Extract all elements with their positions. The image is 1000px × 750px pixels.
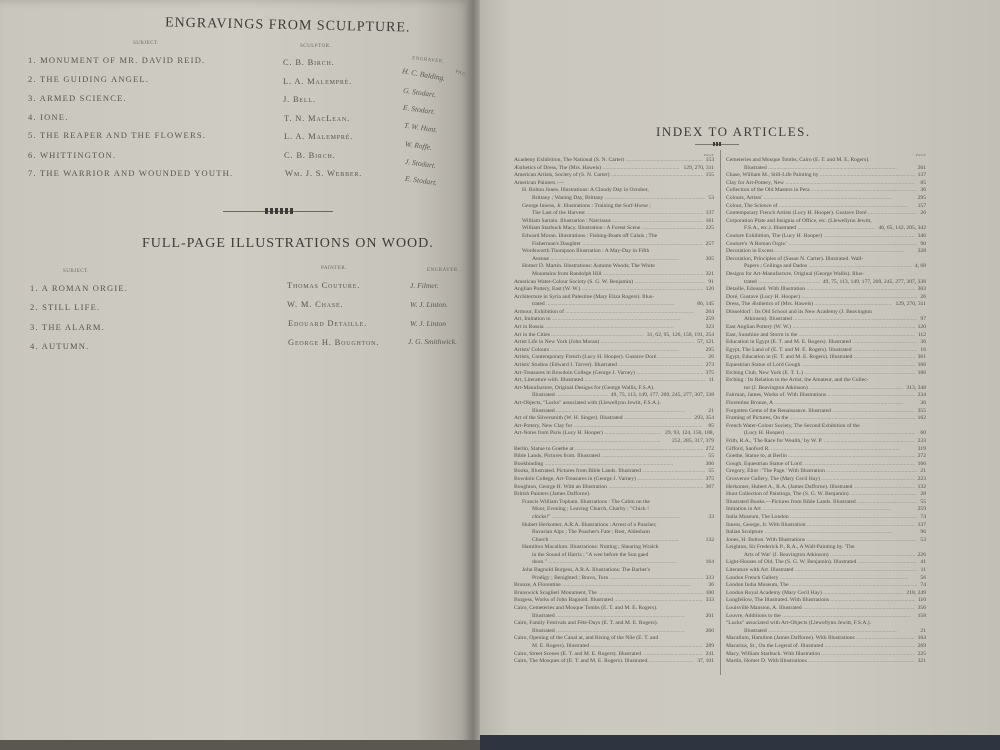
sculpture-row-subject: 1. MONUMENT OF MR. DAVID REID. xyxy=(28,55,205,65)
index-entry: Dress, The Æsthetics of (Mrs. Haweis)129… xyxy=(726,301,926,309)
sculpture-row-engraver: W. Roffe. xyxy=(405,139,433,152)
index-entry-page: 55 xyxy=(705,453,714,461)
index-entry-page: 55 xyxy=(917,499,926,507)
index-entry-page xyxy=(711,506,714,514)
index-entry: Art-Manufacture, Original Designs for (G… xyxy=(514,385,714,393)
index-entry-title: Avenue xyxy=(532,256,679,264)
index-entry: tor (J. Beavington Atkinson)313, 348 xyxy=(726,385,926,393)
sculpture-row-engraver: J. Stodart. xyxy=(405,157,437,170)
index-entry-title: F.S.A., etc.). Illustrated xyxy=(744,225,875,233)
index-entry-page: 36 xyxy=(917,187,926,195)
index-entry: Egypt, The Land of (E. T. and M. E. Roge… xyxy=(726,347,926,355)
index-entry: Herkomer, Hubert A., R.A. (James Dafforn… xyxy=(726,484,926,492)
index-entry: Couture Exhibition, The (Lucy H. Hooper)… xyxy=(726,233,926,241)
index-entry-page: 55 xyxy=(705,468,714,476)
index-entry-title: Art-Notes from Paris (Lucy H. Hooper) xyxy=(514,430,662,438)
index-entry: Edward Moran. Illustrations : Fishing-Bo… xyxy=(514,233,714,241)
index-entry-page: 41 xyxy=(917,559,926,567)
index-entry-page: 74 xyxy=(917,582,926,590)
index-entry-title: Berlin, Statue to Goethe at xyxy=(514,446,703,454)
index-entry: Florentine Bronze, A36 xyxy=(726,400,926,408)
index-entry-page xyxy=(923,544,926,552)
index-entry-title: Prodigy ; Benighted ; Bravo, Toro xyxy=(532,575,703,583)
index-entry-title: Cemeteries and Mosque Tombs, Cairo (E. T… xyxy=(726,157,869,165)
index-entry-page: 201 xyxy=(703,613,714,621)
index-entry: Illustrated201 xyxy=(726,165,926,173)
index-entry: Macy, William Starbuck. With Illustratio… xyxy=(726,651,926,659)
index-entry: Academy Exhibition, The National (S. N. … xyxy=(514,157,714,165)
index-entry-title: Art-Pottery, New Clay for xyxy=(514,423,702,431)
index-entry: Æsthetics of Dress, The (Mrs. Haweis)129… xyxy=(514,165,714,173)
index-entry-title: Art-Treasures in Bowdoin College (George… xyxy=(514,370,703,378)
index-entry-title: Florentine Bronze, A xyxy=(726,400,903,408)
index-entry: Berlin, Statue to Goethe at272 xyxy=(514,446,714,454)
subject-header: SUBJECT. xyxy=(133,41,159,46)
index-entry-page xyxy=(923,377,926,385)
index-entry-page: 319 xyxy=(915,446,926,454)
index-entry: Illustrated49, 75, 113, 149, 177, 209, 2… xyxy=(514,392,714,400)
index-entry-title: Illustrated xyxy=(532,613,685,621)
index-entry: The Last of the Harvest137 xyxy=(514,210,714,218)
index-entry-page: 86, 145 xyxy=(694,301,714,309)
index-entry: Art-Notes from Paris (Lucy H. Hooper)29,… xyxy=(514,430,714,438)
index-entry: French Water-Colour Society, The Second … xyxy=(726,423,926,431)
index-entry-page: 21 xyxy=(705,408,714,416)
sculpture-row-subject: 4. IONE. xyxy=(28,112,69,122)
index-entry: Cairo, Opening of the Canal at, and Risi… xyxy=(514,635,714,643)
index-entry-page xyxy=(923,157,926,165)
index-entry-page: 225 xyxy=(915,651,926,659)
index-entry-page xyxy=(923,620,926,628)
index-entry-page: 85 xyxy=(917,180,926,188)
index-entry-title: Art in Russia xyxy=(514,324,674,332)
index-entry-title: Grosvenor Gallery, The (Mary Cecil Hay) xyxy=(726,476,915,484)
index-entry: Framing of Pictures, On the162 xyxy=(726,415,926,423)
index-entry-title: Fairman, James, Works of. With Illustrat… xyxy=(726,392,915,400)
index-entry-page: 233 xyxy=(915,438,926,446)
index-entry-page: 100 xyxy=(703,590,714,598)
index-entry: Clay for Art-Pottery, New85 xyxy=(726,180,926,188)
index-entry-title: Illustrated xyxy=(532,628,685,636)
index-entry-title: Moor, Evening ; Leaving Church, Charity … xyxy=(532,506,649,514)
index-entry: Burgess, Works of John Bagnold. Illustra… xyxy=(514,597,714,605)
index-entry-page: 46, 65, 142, 205, 342 xyxy=(875,225,926,233)
index-entry: Artists' Studios (Edward J. Tarver). Ill… xyxy=(514,362,714,370)
index-left-column: PAGE Academy Exhibition, The National (S… xyxy=(514,152,714,666)
index-entry-title: Papers ; Ceilings and Dados xyxy=(744,263,912,271)
index-entry: Etching Club, New York (E. T. L.)186 xyxy=(726,370,926,378)
index-entry: Longfellow, The Illustrated. With Illust… xyxy=(726,597,926,605)
index-entry: Cairo, Cemeteries and Mosque Tombs (E. T… xyxy=(514,605,714,613)
index-entry-page: 306 xyxy=(703,461,714,469)
index-entry-title: The Last of the Harvest xyxy=(532,210,703,218)
wood-row-engraver: J. G. Smithwick. xyxy=(408,337,457,346)
index-entry: F.S.A., etc.). Illustrated46, 65, 142, 2… xyxy=(726,225,926,233)
sculpture-row-subject: 5. THE REAPER AND THE FLOWERS. xyxy=(28,130,206,140)
index-entry-title: Couture's 'A Roman Orgie.' xyxy=(726,241,917,249)
index-entry-page: 218, 249 xyxy=(903,590,926,598)
index-entry-title: Gough, Equestrian Statue of Lord xyxy=(726,461,915,469)
index-entry-page: 26 xyxy=(917,294,926,302)
index-entry-page: 226 xyxy=(915,552,926,560)
index-entry-title: Couture Exhibition, The (Lucy H. Hooper) xyxy=(726,233,915,241)
index-entry-title: Bowdoin College, Art-Treasures in (Georg… xyxy=(514,476,703,484)
index-entry: Düsseldorf : Its Old School and its New … xyxy=(726,309,926,317)
left-page: ENGRAVINGS FROM SCULPTURE. SUBJECT. SCUL… xyxy=(0,0,472,750)
index-entry: "Lucks" associated with Art-Objects (Lle… xyxy=(726,620,926,628)
index-entry-page: 56 xyxy=(917,575,926,583)
index-entry: Detaille, Edouard. With Illustration303 xyxy=(726,286,926,294)
index-entry-page xyxy=(711,400,714,408)
index-entry: Illustrated Books.—Pictures from Bible L… xyxy=(726,499,926,507)
index-entry-page: 328 xyxy=(915,248,926,256)
index-entry-title: Imitation in Art xyxy=(726,506,891,514)
index-entry-title: Bookbinding xyxy=(514,461,673,469)
index-entry-title: Francis William Topham. Illustrations : … xyxy=(522,499,650,507)
index-entry: Art-Pottery, New Clay for85 xyxy=(514,423,714,431)
index-entry-title: William Starbuck Macy. Illustration : A … xyxy=(522,225,703,233)
index-entry-title: Cairo, The Mosques of (E. T. and M. E. R… xyxy=(514,658,694,666)
index-entry-title: Artists' Colours xyxy=(514,347,679,355)
index-entry-page: 16 xyxy=(917,347,926,355)
index-entry: Church132 xyxy=(514,537,714,545)
index-entry: Gifford, Sanford R.319 xyxy=(726,446,926,454)
index-entry-title: Düsseldorf : Its Old School and its New … xyxy=(726,309,872,317)
index-entry: Literature with Art. Illustrated11 xyxy=(726,567,926,575)
index-entry-page: 303 xyxy=(915,286,926,294)
index-entry-title: Herkomer, Hubert A., R.A. (James Dafforn… xyxy=(726,484,915,492)
index-entry: Hunt Collection of Paintings, The (S. G.… xyxy=(726,491,926,499)
index-entry-page: 356 xyxy=(915,605,926,613)
index-entry: Collection of the Old Masters in Pera36 xyxy=(726,187,926,195)
index-entry-title: trated xyxy=(532,301,675,309)
sculpture-row-sculptor: C. B. Birch. xyxy=(283,57,335,67)
index-entry: India Museum, The London74 xyxy=(726,514,926,522)
index-entry-page: 31, 62, 95, 126, 158, 191, 254 xyxy=(644,332,714,340)
index-entry-page: 158 xyxy=(915,613,926,621)
index-entry: Art, Imitation in259 xyxy=(514,316,714,324)
index-entry-page: 37, 101 xyxy=(694,658,714,666)
index-entry-title: Boughton, George H. With an Illustration xyxy=(514,484,703,492)
index-entry-title: Forgotten Gems of the Renaissance. Illus… xyxy=(726,408,915,416)
index-entry-title: American Artists, Society of (S. N. Cart… xyxy=(514,172,703,180)
index-entry-page xyxy=(711,552,714,560)
index-entry-page: 273 xyxy=(703,362,714,370)
index-entry: Art in the Cities31, 62, 95, 126, 158, 1… xyxy=(514,332,714,340)
index-entry-title: Bavarian Alps ; The Poacher's Fate ; Res… xyxy=(532,529,650,537)
index-entry-page: 361 xyxy=(915,354,926,362)
index-entry-title: William Sartain. Illustration : Narcissu… xyxy=(522,218,703,226)
index-entry-page: 21 xyxy=(917,628,926,636)
sculpture-row-engraver: T. W. Hunt. xyxy=(404,121,438,135)
index-entry-page: 333 xyxy=(703,575,714,583)
index-entry-page: 132 xyxy=(915,484,926,492)
index-entry-page: 60 xyxy=(917,430,926,438)
index-entry-title: Detaille, Edouard. With Illustration xyxy=(726,286,915,294)
index-entry: Atkinson). Illustrated97 xyxy=(726,316,926,324)
index-entry: Louvre, Additions to the158 xyxy=(726,613,926,621)
index-entry: Bookbinding306 xyxy=(514,461,714,469)
index-entry: Illustrated21 xyxy=(514,408,714,416)
index-entry-title: Framing of Pictures, On the xyxy=(726,415,915,423)
index-entry-page xyxy=(711,605,714,613)
index-entry: Homer D. Martin. Illustrations: Autumn W… xyxy=(514,263,714,271)
index-entry: Hamilton Macallum. Illustrations: Nuttin… xyxy=(514,544,714,552)
index-entry: Couture's 'A Roman Orgie.'90 xyxy=(726,241,926,249)
index-entry-title: Chase, William M., Still-Life Painting b… xyxy=(726,172,915,180)
index-entry-page: 375 xyxy=(703,370,714,378)
index-entry-page: 153 xyxy=(703,157,714,165)
index-entry-title: "Lucks" associated with Art-Objects (Lle… xyxy=(726,620,871,628)
index-entry-title: India Museum, The London xyxy=(726,514,917,522)
index-entry-title: Macarius, St., On the Legend of. Illustr… xyxy=(726,643,915,651)
index-entry-page: 252, 285, 317, 379 xyxy=(669,438,714,446)
index-right-column: PAGE Cemeteries and Mosque Tombs, Cairo … xyxy=(726,152,926,666)
index-entry-page: 57, 121 xyxy=(694,339,714,347)
index-entry-title: Literature with Art. Illustrated xyxy=(726,567,918,575)
index-entry-title: French Water-Colour Society, The Second … xyxy=(726,423,860,431)
sculpture-row-subject: 3. ARMED SCIENCE. xyxy=(28,93,127,103)
index-entry-page xyxy=(711,263,714,271)
index-entry-page: 323 xyxy=(703,324,714,332)
index-entry-page: 137 xyxy=(703,210,714,218)
index-entry-page: 90 xyxy=(917,241,926,249)
index-entry: M. E. Rogers). Illustrated289 xyxy=(514,643,714,651)
index-entry: Equestrian Statue of Lord Gough166 xyxy=(726,362,926,370)
index-entry-title: Church xyxy=(532,537,679,545)
index-entry-page: 129, 270, 311 xyxy=(680,165,714,173)
wood-row-engraver: W. J. Linton xyxy=(410,319,446,328)
index-entry-page: 97 xyxy=(917,316,926,324)
index-entry: Art in Russia323 xyxy=(514,324,714,332)
index-entry-title: Egypt, The Land of (E. T. and M. E. Roge… xyxy=(726,347,917,355)
index-entry-page: 26 xyxy=(917,210,926,218)
index-entry-title: John Bagnold Burgess, A.R.A. Illustratio… xyxy=(522,567,650,575)
index-entry-page: 129, 270, 311 xyxy=(892,301,926,309)
index-entry-title: Italian Sculpture xyxy=(726,529,893,537)
index-entry-title: Art-Manufacture, Original Designs for (G… xyxy=(514,385,654,393)
index-entry: Bavarian Alps ; The Poacher's Fate ; Res… xyxy=(514,529,714,537)
index-entry-title: Cairo, Family Festivals and Fête-Days (E… xyxy=(514,620,658,628)
index-entry-title: M. E. Rogers). Illustrated xyxy=(532,643,703,651)
index-entry-title: London Royal Academy (Mary Cecil Hay) xyxy=(726,590,903,598)
index-entry-page: 53 xyxy=(917,537,926,545)
index-entry-title: George Inness, Jr. Illustrations : Train… xyxy=(522,203,651,211)
index-entry-title: Frith, R.A., 'The Race for Wealth,' by W… xyxy=(726,438,915,446)
index-entry-title: East Anglian Pottery (W. W.) xyxy=(726,324,915,332)
index-entry: Bowdoin College, Art-Treasures in (Georg… xyxy=(514,476,714,484)
index-entry-title: Martin, Homer D. With Illustrations xyxy=(726,658,915,666)
index-entry-title xyxy=(532,438,661,446)
index-entry-page: 241 xyxy=(703,651,714,659)
column-rule xyxy=(720,150,721,675)
index-entry-page: 137 xyxy=(915,522,926,530)
index-entry-page xyxy=(711,180,714,188)
index-entry-title: Anglian Pottery, East (W. W.) xyxy=(514,286,703,294)
index-entry-title: Art-Objects, "Lucks" associated with (Ll… xyxy=(514,400,661,408)
index-entry: Leighton, Sir Frederick P., R.A., A Wall… xyxy=(726,544,926,552)
index-entry: Colours, Artists'295 xyxy=(726,195,926,203)
index-entry: Jones, H. Bolton. With Illustrations53 xyxy=(726,537,926,545)
index-entry-title: Art of the Silversmith (W. H. Singer). I… xyxy=(514,415,691,423)
index-entry-title: Colour, The Science of xyxy=(726,203,908,211)
sculpture-row-subject: 2. THE GUIDING ANGEL. xyxy=(28,74,149,84)
index-entry: London India Museum, The74 xyxy=(726,582,926,590)
index-entry-page: 112 xyxy=(915,332,926,340)
index-entry-title: Education in Egypt (E. T. and M. E. Roge… xyxy=(726,339,917,347)
index-entry: trated86, 145 xyxy=(514,301,714,309)
index-entry-page xyxy=(923,309,926,317)
index-entry-title: Dress, The Æsthetics of (Mrs. Haweis) xyxy=(726,301,892,309)
index-entry-page: 272 xyxy=(915,453,926,461)
index-entry-page: 166 xyxy=(915,362,926,370)
index-entry: Gough, Equestrian Statue of Lord166 xyxy=(726,461,926,469)
index-entry-title: Egypt, Education in (E. T. and M. E. Rog… xyxy=(726,354,915,362)
index-entry-title: trated xyxy=(744,279,820,287)
index-entry-title: Illustrated Books.—Pictures from Bible L… xyxy=(726,499,917,507)
index-entry-title: Illustrated xyxy=(532,392,608,400)
index-entry: John Bagnold Burgess, A.R.A. Illustratio… xyxy=(514,567,714,575)
engraver-header: ENGRAVER. xyxy=(412,56,445,64)
sculpture-row-engraver: G. Stodart. xyxy=(403,86,437,100)
index-entry-title: Mountains from Randolph Hill xyxy=(532,271,703,279)
index-entry-page xyxy=(923,271,926,279)
index-entry: Martin, Homer D. With Illustrations321 xyxy=(726,658,926,666)
index-entry-page: 295 xyxy=(915,195,926,203)
index-entry-page: 259 xyxy=(915,506,926,514)
index-entry-page xyxy=(711,203,714,211)
index-entry-page: 259 xyxy=(703,316,714,324)
index-entry: Decoration, Principles of (Susan N. Cart… xyxy=(726,256,926,264)
index-entry: American Artists, Society of (S. N. Cart… xyxy=(514,172,714,180)
index-entry-title: British Painters (James Dafforne). xyxy=(514,491,590,499)
index-entry-page xyxy=(923,256,926,264)
index-entry: chicks!"33 xyxy=(514,514,714,522)
index-entry-title: Leighton, Sir Frederick P., R.A., A Wall… xyxy=(726,544,855,552)
index-entry: Architecture in Syria and Palestine (Mar… xyxy=(514,294,714,302)
painter-header: PAINTER. xyxy=(321,266,347,271)
sculpture-row-sculptor: J. Bell. xyxy=(283,94,316,104)
sculpture-row-engraver: E. Stodart. xyxy=(403,103,436,116)
index-entry-page xyxy=(711,187,714,195)
index-entry-page: 11 xyxy=(918,567,926,575)
index-entry-title: Etching Club, New York (E. T. L.) xyxy=(726,370,915,378)
index-entry-page xyxy=(711,491,714,499)
index-entry-page: 21 xyxy=(917,468,926,476)
index-entry: American Water-Colour Society (S. G. W. … xyxy=(514,279,714,287)
index-entry-title: Bronze, A Florentine xyxy=(514,582,691,590)
index-entry-page: 257 xyxy=(703,241,714,249)
wood-row-painter: George H. Boughton. xyxy=(288,337,379,347)
divider-ornament xyxy=(713,142,721,146)
index-entry-title: Decoration, Principles of (Susan N. Cart… xyxy=(726,256,863,264)
index-entry: Cairo, Family Festivals and Fête-Days (E… xyxy=(514,620,714,628)
wood-row-subject: 3. THE ALARM. xyxy=(30,322,105,332)
index-entry-page: 313, 348 xyxy=(903,385,926,393)
index-entry-page xyxy=(711,635,714,643)
index-entry-title: Academy Exhibition, The National (S. N. … xyxy=(514,157,703,165)
index-entry-title: Artists' Studios (Edward J. Tarver). Ill… xyxy=(514,362,703,370)
index-entry-title: Macy, William Starbuck. With Illustratio… xyxy=(726,651,915,659)
index-entry-title: Æsthetics of Dress, The (Mrs. Haweis) xyxy=(514,165,680,173)
index-entry-page xyxy=(711,385,714,393)
index-entry: Prodigy ; Benighted ; Bravo, Toro333 xyxy=(514,575,714,583)
index-entry-title: Brittany ; Waning Day, Brittany xyxy=(532,195,705,203)
index-entry-page: 26 xyxy=(705,354,714,362)
index-entry-title: Decoration in Excess xyxy=(726,248,904,256)
sculpture-section-title: ENGRAVINGS FROM SCULPTURE. xyxy=(165,15,411,36)
index-entry-page: 355 xyxy=(915,408,926,416)
index-entry: Macallum, Hamilton (James Dafforne). Wit… xyxy=(726,635,926,643)
index-entry: Contemporary French Artists (Lucy H. Hoo… xyxy=(726,210,926,218)
index-entry-page: 367 xyxy=(703,484,714,492)
index-entry-title: Gifford, Sanford R. xyxy=(726,446,900,454)
index-entry-title: Light-Houses of Old, The (S. G. W. Benja… xyxy=(726,559,917,567)
index-entry: Brunswick Scaglieri Monument, The100 xyxy=(514,590,714,598)
index-entry-title: Colours, Artists' xyxy=(726,195,892,203)
index-entry-page: 264 xyxy=(703,309,714,317)
index-entry-title: Longfellow, The Illustrated. With Illust… xyxy=(726,597,915,605)
index-entry: Colour, The Science of157 xyxy=(726,203,926,211)
index-entry-title: Burgess, Works of John Bagnold. Illustra… xyxy=(514,597,703,605)
index-entry-title: Inness, George, Jr. With Illustration xyxy=(726,522,915,530)
index-entry-title: Art in the Cities xyxy=(514,332,644,340)
index-entry-page: 49, 75, 113, 149, 177, 209, 245, 277, 30… xyxy=(608,392,714,400)
index-entry-page: 4, 68 xyxy=(912,263,926,271)
index-entry: Frith, R.A., 'The Race for Wealth,' by W… xyxy=(726,438,926,446)
index-entry-page: 321 xyxy=(915,658,926,666)
index-entry-title: Doré, Gustave (Lucy H. Hooper) xyxy=(726,294,917,302)
sculpture-row-sculptor: T. N. MacLean. xyxy=(284,113,350,123)
index-entry-title: Edward Moran. Illustrations : Fishing-Bo… xyxy=(522,233,657,241)
index-entry-page: 186 xyxy=(915,370,926,378)
sculpture-row-engraver: E. Stodart. xyxy=(405,174,438,187)
index-entry-title: American Water-Colour Society (S. G. W. … xyxy=(514,279,705,287)
index-entry-page: 155 xyxy=(703,172,714,180)
index-entry-title: Hubert Herkomer, A.R.A. Illustrations : … xyxy=(522,522,657,530)
index-entry: East, Sunshine and Storm in the112 xyxy=(726,332,926,340)
index-entry-title: Homer D. Martin. Illustrations: Autumn W… xyxy=(522,263,655,271)
index-entry-title: Illustrated xyxy=(744,628,897,636)
index-entry-page: 295 xyxy=(703,347,714,355)
index-entry-title: Louvre, Additions to the xyxy=(726,613,911,621)
index-entry-title: chicks!" xyxy=(532,514,681,522)
index-entry-title: Wordsworth Thompson Illustration : A May… xyxy=(522,248,649,256)
index-entry-title: Etching : Its Relation to the Artist, th… xyxy=(726,377,869,385)
index-entry-page xyxy=(711,567,714,575)
index-entry-page: 321 xyxy=(703,271,714,279)
index-entry-title: Art, Literature with. Illustrated xyxy=(514,377,706,385)
sculpture-row-engraver: H. C. Balding. xyxy=(402,66,446,82)
index-entry: Fairman, James, Works of. With Illustrat… xyxy=(726,392,926,400)
sculptor-header: SCULPTOR. xyxy=(300,44,331,49)
index-entry: Moor, Evening ; Leaving Church, Charity … xyxy=(514,506,714,514)
index-entry: Art-Objects, "Lucks" associated with (Ll… xyxy=(514,400,714,408)
index-entry-page: 305 xyxy=(703,256,714,264)
index-entry-page xyxy=(711,294,714,302)
index-entry: Arts of War' (J. Beavington Atkinson)226 xyxy=(726,552,926,560)
sculpture-row-sculptor: Wm. J. S. Webber. xyxy=(285,168,362,178)
index-entry-title: Architecture in Syria and Palestine (Mar… xyxy=(514,294,654,302)
index-entry: Egypt, Education in (E. T. and M. E. Rog… xyxy=(726,354,926,362)
index-entry: Armour, Exhibition of264 xyxy=(514,309,714,317)
index-entry-title: in the Sound of Harris ; "A wee before t… xyxy=(532,552,648,560)
index-entry: Decoration in Excess328 xyxy=(726,248,926,256)
index-entry: Artists' Colours295 xyxy=(514,347,714,355)
index-entry-page: 33 xyxy=(705,514,714,522)
index-entry: Goethe, Statue to, at Berlin272 xyxy=(726,453,926,461)
index-entry-title: Gregory, Eliot : 'The Page.' With Illust… xyxy=(726,468,917,476)
